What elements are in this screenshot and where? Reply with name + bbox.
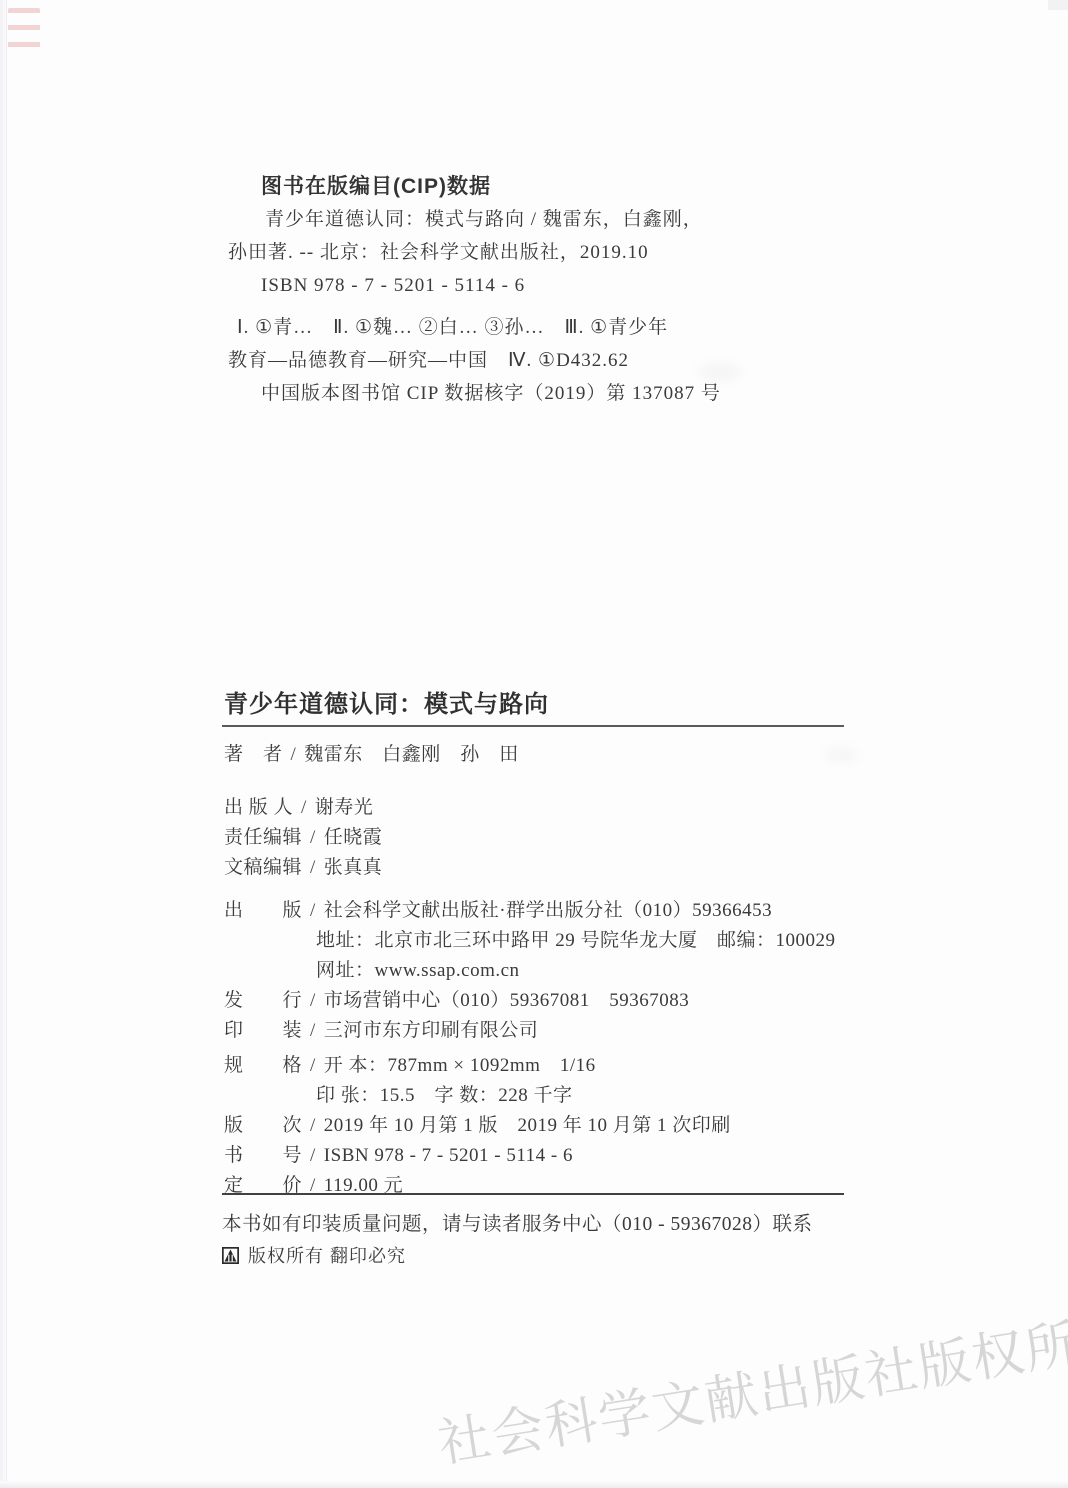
cip-title-line-2: 孙田著. -- 北京：社会科学文献出版社，2019.10 bbox=[228, 236, 888, 269]
author-names: 魏雷东 白鑫刚 孙 田 bbox=[304, 744, 519, 765]
price-row: 定 价/119.00 元 bbox=[224, 1171, 731, 1201]
scan-corner-artifact bbox=[1048, 0, 1068, 10]
row-label: 版 次 bbox=[224, 1115, 302, 1136]
copyright-notice: 版权所有 翻印必究 bbox=[248, 1242, 406, 1268]
author-label: 著 者 bbox=[224, 744, 283, 765]
publisher-row: 出 版/社会科学文献出版社·群学出版分社（010）59366453 地址：北京市… bbox=[224, 896, 836, 986]
row-label: 印 装 bbox=[224, 1020, 302, 1041]
managing-editor-row: 责任编辑/任晓霞 bbox=[224, 823, 382, 853]
cip-class-line: Ⅰ. ①青… Ⅱ. ①魏… ②白… ③孙… Ⅲ. ①青少年 bbox=[228, 311, 888, 344]
row-label: 书 号 bbox=[224, 1145, 302, 1166]
label-separator: / bbox=[310, 827, 316, 848]
label-separator: / bbox=[310, 1055, 316, 1076]
row-value: 市场营销中心（010）59367081 59367083 bbox=[324, 990, 690, 1011]
title-divider-rule bbox=[222, 725, 844, 727]
label-separator: / bbox=[301, 797, 307, 818]
printing-row: 印 装/三河市东方印刷有限公司 bbox=[224, 1016, 836, 1046]
copyright-page: 图书在版编目(CIP)数据 青少年道德认同：模式与路向 / 魏雷东，白鑫刚， 孙… bbox=[0, 0, 1068, 1488]
cip-class-line-2: 教育—品德教育—研究—中国 Ⅳ. ①D432.62 bbox=[228, 344, 888, 377]
publication-rows: 出 版/社会科学文献出版社·群学出版分社（010）59366453 地址：北京市… bbox=[224, 896, 836, 1046]
spec-rows: 规 格/开 本：787mm × 1092mm 1/16 印 张：15.5 字 数… bbox=[224, 1051, 731, 1201]
label-separator: / bbox=[310, 1020, 316, 1041]
row-value: 2019 年 10 月第 1 版 2019 年 10 月第 1 次印刷 bbox=[324, 1115, 731, 1136]
label-separator: / bbox=[310, 900, 316, 921]
row-label: 文稿编辑 bbox=[224, 857, 302, 878]
label-separator: / bbox=[291, 744, 297, 765]
row-label: 发 行 bbox=[224, 990, 302, 1011]
row-value: 张真真 bbox=[324, 857, 383, 878]
isbn-row: 书 号/ISBN 978 - 7 - 5201 - 5114 - 6 bbox=[224, 1141, 731, 1171]
cip-block: 图书在版编目(CIP)数据 青少年道德认同：模式与路向 / 魏雷东，白鑫刚， 孙… bbox=[228, 170, 888, 410]
edition-row: 版 次/2019 年 10 月第 1 版 2019 年 10 月第 1 次印刷 bbox=[224, 1111, 731, 1141]
distribution-row: 发 行/市场营销中心（010）59367081 59367083 bbox=[224, 986, 836, 1016]
red-ink-marks bbox=[8, 8, 40, 58]
author-row: 著 者/魏雷东 白鑫刚 孙 田 bbox=[224, 740, 519, 770]
row-value: 社会科学文献出版社·群学出版分社（010）59366453 bbox=[324, 900, 772, 921]
staff-rows: 出 版 人/谢寿光 责任编辑/任晓霞 文稿编辑/张真真 bbox=[224, 793, 382, 883]
label-separator: / bbox=[310, 990, 316, 1011]
cip-isbn-line: ISBN 978 - 7 - 5201 - 5114 - 6 bbox=[228, 269, 888, 302]
publisher-logo-icon bbox=[222, 1247, 239, 1264]
cip-header: 图书在版编目(CIP)数据 bbox=[228, 170, 888, 203]
scan-noise-smudge bbox=[824, 748, 858, 762]
row-value: 开 本：787mm × 1092mm 1/16 bbox=[324, 1055, 596, 1076]
footer-divider-rule bbox=[222, 1193, 844, 1195]
publisher-watermark: 社会科学文献出版社版权所有 bbox=[432, 1293, 1068, 1477]
row-value: 三河市东方印刷有限公司 bbox=[324, 1020, 539, 1041]
cip-title-line: 青少年道德认同：模式与路向 / 魏雷东，白鑫刚， bbox=[228, 203, 888, 236]
cip-record-line: 中国版本图书馆 CIP 数据核字（2019）第 137087 号 bbox=[228, 377, 888, 410]
label-separator: / bbox=[310, 1115, 316, 1136]
row-label: 责任编辑 bbox=[224, 827, 302, 848]
publisher-person-row: 出 版 人/谢寿光 bbox=[224, 793, 382, 823]
book-title: 青少年道德认同：模式与路向 bbox=[224, 684, 549, 719]
scan-edge-left bbox=[0, 0, 7, 1488]
row-label: 出 版 人 bbox=[224, 797, 293, 818]
publisher-address: 地址：北京市北三环中路甲 29 号院华龙大厦 邮编：100029 bbox=[224, 926, 836, 956]
copyright-line: 版权所有 翻印必究 bbox=[222, 1242, 406, 1268]
row-label: 出 版 bbox=[224, 900, 302, 921]
row-value: 谢寿光 bbox=[315, 797, 374, 818]
row-value: ISBN 978 - 7 - 5201 - 5114 - 6 bbox=[324, 1145, 573, 1166]
copy-editor-row: 文稿编辑/张真真 bbox=[224, 853, 382, 883]
publisher-website: 网址：www.ssap.com.cn bbox=[224, 956, 836, 986]
format-row: 规 格/开 本：787mm × 1092mm 1/16 印 张：15.5 字 数… bbox=[224, 1051, 731, 1111]
scan-edge-bottom bbox=[0, 1481, 1068, 1488]
sheets-wordcount: 印 张：15.5 字 数：228 千字 bbox=[224, 1081, 731, 1111]
row-label: 规 格 bbox=[224, 1055, 302, 1076]
label-separator: / bbox=[310, 1145, 316, 1166]
row-value: 任晓霞 bbox=[324, 827, 383, 848]
label-separator: / bbox=[310, 857, 316, 878]
quality-notice: 本书如有印装质量问题，请与读者服务中心（010 - 59367028）联系 bbox=[222, 1208, 813, 1236]
